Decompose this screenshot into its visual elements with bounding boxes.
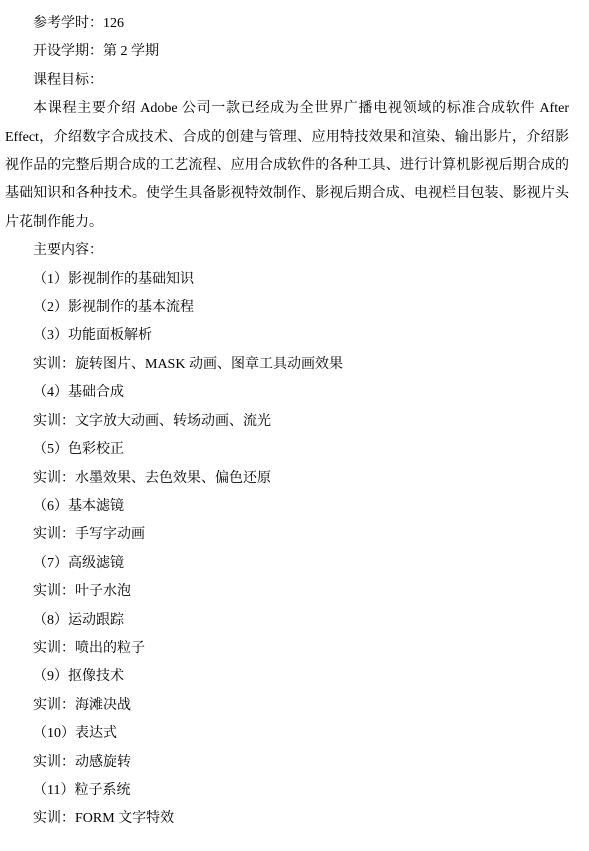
paragraph-item: （6）基本滤镜 xyxy=(5,493,569,521)
paragraph-training: 实训：叶子水泡 xyxy=(5,578,569,606)
paragraph-training: 实训：水墨效果、去色效果、偏色还原 xyxy=(5,465,569,493)
paragraph-training: 实训：旋转图片、MASK 动画、图章工具动画效果 xyxy=(5,351,569,379)
paragraph-item: （1）影视制作的基础知识 xyxy=(5,266,569,294)
paragraph-heading: 课程目标： xyxy=(5,67,569,95)
paragraph-training: 实训：喷出的粒子 xyxy=(5,635,569,663)
paragraph-meta: 参考学时：126 xyxy=(5,10,569,38)
paragraph-body: 本课程主要介绍 Adobe 公司一款已经成为全世界广播电视领域的标准合成软件 A… xyxy=(5,95,569,237)
paragraph-item: （8）运动跟踪 xyxy=(5,607,569,635)
paragraph-item: （11）粒子系统 xyxy=(5,777,569,805)
paragraph-item: （10）表达式 xyxy=(5,720,569,748)
paragraph-item: （7）高级滤镜 xyxy=(5,550,569,578)
paragraph-item: （3）功能面板解析 xyxy=(5,322,569,350)
paragraph-heading: 主要内容： xyxy=(5,237,569,265)
paragraph-item: （5）色彩校正 xyxy=(5,436,569,464)
paragraph-training: 实训：手写字动画 xyxy=(5,521,569,549)
paragraph-item: （9）抠像技术 xyxy=(5,663,569,691)
paragraph-item: （4）基础合成 xyxy=(5,379,569,407)
paragraph-item: （2）影视制作的基本流程 xyxy=(5,294,569,322)
paragraph-training: 实训：动感旋转 xyxy=(5,749,569,777)
course-syllabus-document: 参考学时：126 开设学期：第 2 学期 课程目标： 本课程主要介绍 Adobe… xyxy=(0,0,589,834)
paragraph-training: 实训：FORM 文字特效 xyxy=(5,805,569,833)
paragraph-training: 实训：文字放大动画、转场动画、流光 xyxy=(5,408,569,436)
paragraph-meta: 开设学期：第 2 学期 xyxy=(5,38,569,66)
paragraph-training: 实训：海滩决战 xyxy=(5,692,569,720)
